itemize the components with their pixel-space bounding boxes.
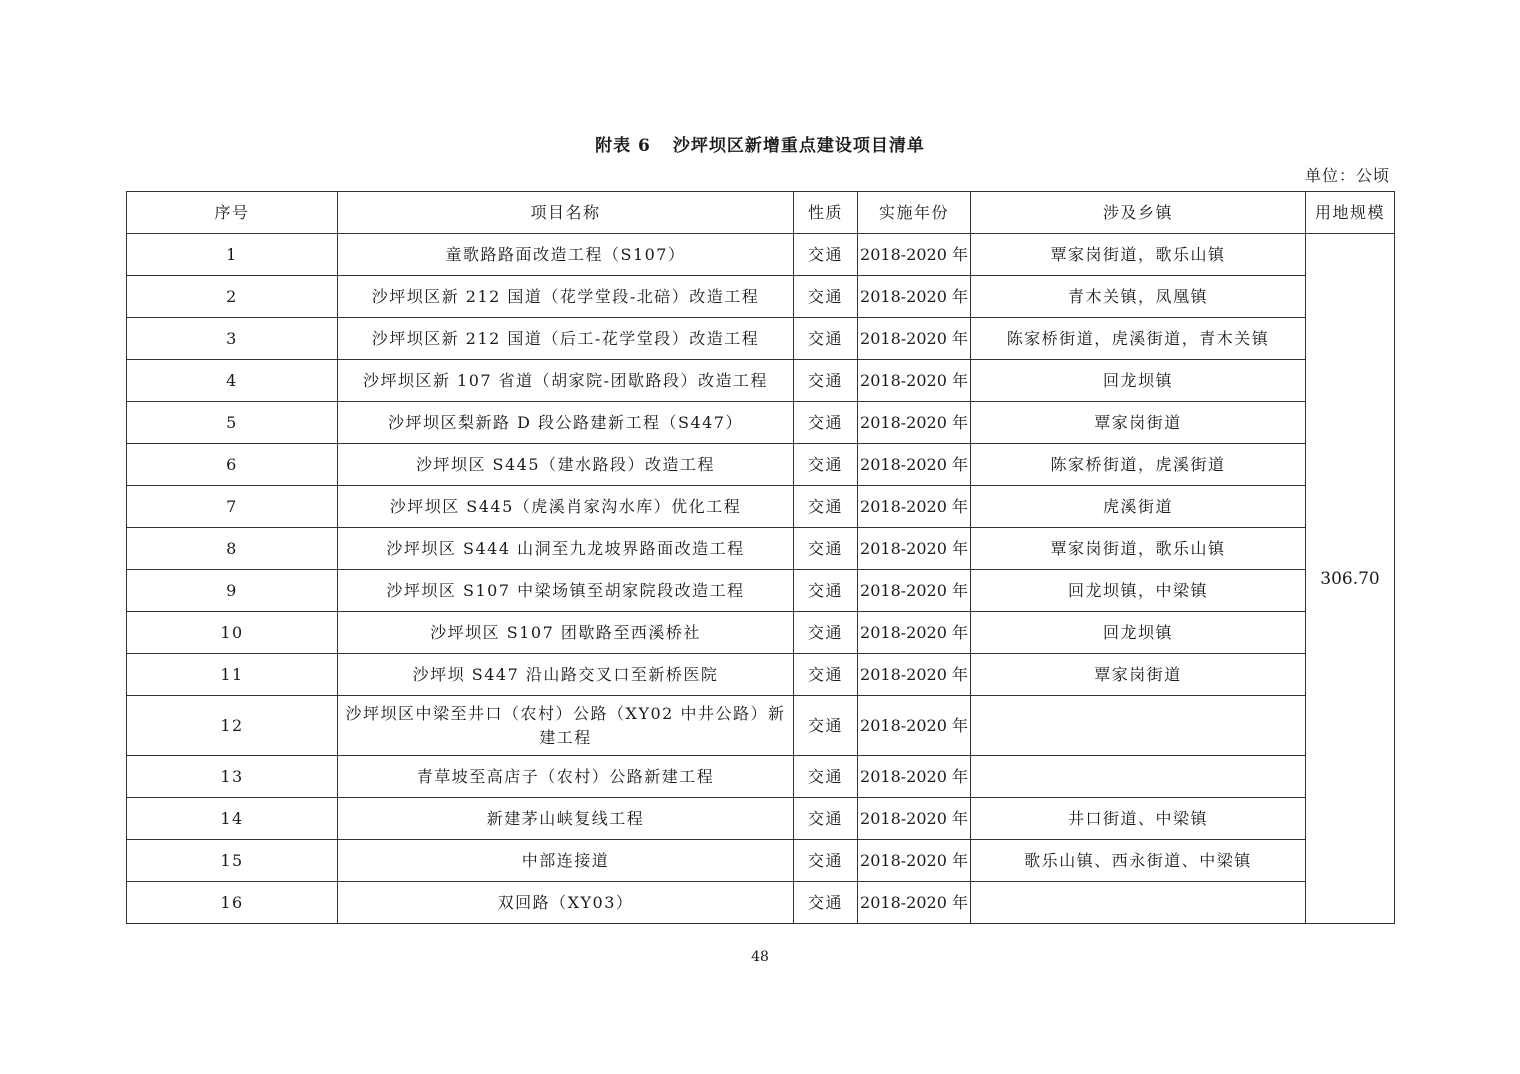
nature-cell: 交通 xyxy=(794,360,858,402)
nature-cell: 交通 xyxy=(794,654,858,696)
table-row: 5沙坪坝区梨新路 D 段公路建新工程（S447）交通2018-2020 年覃家岗… xyxy=(127,402,1395,444)
towns-cell: 回龙坝镇 xyxy=(971,612,1306,654)
seq-cell: 16 xyxy=(127,882,338,924)
towns-cell xyxy=(971,756,1306,798)
years-cell: 2018-2020 年 xyxy=(858,840,971,882)
table-row: 10沙坪坝区 S107 团歇路至西溪桥社交通2018-2020 年回龙坝镇 xyxy=(127,612,1395,654)
seq-cell: 1 xyxy=(127,234,338,276)
title-text: 沙坪坝区新增重点建设项目清单 xyxy=(673,136,925,156)
project-name-cell: 青草坡至高店子（农村）公路新建工程 xyxy=(338,756,794,798)
project-name-cell: 沙坪坝区 S107 中梁场镇至胡家院段改造工程 xyxy=(338,570,794,612)
towns-cell: 覃家岗街道 xyxy=(971,654,1306,696)
years-cell: 2018-2020 年 xyxy=(858,234,971,276)
nature-cell: 交通 xyxy=(794,402,858,444)
header-years: 实施年份 xyxy=(858,192,971,234)
years-cell: 2018-2020 年 xyxy=(858,654,971,696)
table-row: 13青草坡至高店子（农村）公路新建工程交通2018-2020 年 xyxy=(127,756,1395,798)
seq-cell: 13 xyxy=(127,756,338,798)
nature-cell: 交通 xyxy=(794,318,858,360)
towns-cell: 覃家岗街道，歌乐山镇 xyxy=(971,528,1306,570)
seq-cell: 14 xyxy=(127,798,338,840)
years-cell: 2018-2020 年 xyxy=(858,276,971,318)
years-cell: 2018-2020 年 xyxy=(858,882,971,924)
table-row: 9沙坪坝区 S107 中梁场镇至胡家院段改造工程交通2018-2020 年回龙坝… xyxy=(127,570,1395,612)
project-name-cell: 沙坪坝区新 107 省道（胡家院-团歇路段）改造工程 xyxy=(338,360,794,402)
towns-cell xyxy=(971,882,1306,924)
table-row: 11沙坪坝 S447 沿山路交叉口至新桥医院交通2018-2020 年覃家岗街道 xyxy=(127,654,1395,696)
seq-cell: 15 xyxy=(127,840,338,882)
header-towns: 涉及乡镇 xyxy=(971,192,1306,234)
project-name-cell: 中部连接道 xyxy=(338,840,794,882)
seq-cell: 12 xyxy=(127,696,338,756)
project-name-cell: 沙坪坝区中梁至井口（农村）公路（XY02 中井公路）新建工程 xyxy=(338,696,794,756)
nature-cell: 交通 xyxy=(794,528,858,570)
years-cell: 2018-2020 年 xyxy=(858,756,971,798)
header-nature: 性质 xyxy=(794,192,858,234)
project-name-cell: 沙坪坝区 S444 山洞至九龙坡界路面改造工程 xyxy=(338,528,794,570)
towns-cell: 陈家桥街道，虎溪街道，青木关镇 xyxy=(971,318,1306,360)
table-row: 1童歌路路面改造工程（S107）交通2018-2020 年覃家岗街道，歌乐山镇3… xyxy=(127,234,1395,276)
towns-cell: 覃家岗街道，歌乐山镇 xyxy=(971,234,1306,276)
years-cell: 2018-2020 年 xyxy=(858,612,971,654)
towns-cell: 回龙坝镇，中梁镇 xyxy=(971,570,1306,612)
header-seq: 序号 xyxy=(127,192,338,234)
table-row: 6沙坪坝区 S445（建水路段）改造工程交通2018-2020 年陈家桥街道，虎… xyxy=(127,444,1395,486)
towns-cell: 虎溪街道 xyxy=(971,486,1306,528)
project-name-cell: 沙坪坝 S447 沿山路交叉口至新桥医院 xyxy=(338,654,794,696)
unit-label: 单位：公顷 xyxy=(1305,163,1390,186)
seq-cell: 8 xyxy=(127,528,338,570)
page-title: 附表 6沙坪坝区新增重点建设项目清单 xyxy=(0,131,1520,156)
towns-cell xyxy=(971,696,1306,756)
title-prefix: 附表 6 xyxy=(595,136,651,156)
project-name-cell: 沙坪坝区 S445（建水路段）改造工程 xyxy=(338,444,794,486)
towns-cell: 青木关镇，凤凰镇 xyxy=(971,276,1306,318)
seq-cell: 4 xyxy=(127,360,338,402)
project-name-cell: 童歌路路面改造工程（S107） xyxy=(338,234,794,276)
table-row: 15中部连接道交通2018-2020 年歌乐山镇、西永街道、中梁镇 xyxy=(127,840,1395,882)
years-cell: 2018-2020 年 xyxy=(858,570,971,612)
towns-cell: 覃家岗街道 xyxy=(971,402,1306,444)
years-cell: 2018-2020 年 xyxy=(858,402,971,444)
nature-cell: 交通 xyxy=(794,486,858,528)
nature-cell: 交通 xyxy=(794,798,858,840)
towns-cell: 歌乐山镇、西永街道、中梁镇 xyxy=(971,840,1306,882)
project-name-cell: 沙坪坝区新 212 国道（花学堂段-北碚）改造工程 xyxy=(338,276,794,318)
project-name-cell: 新建茅山峡复线工程 xyxy=(338,798,794,840)
seq-cell: 11 xyxy=(127,654,338,696)
years-cell: 2018-2020 年 xyxy=(858,486,971,528)
years-cell: 2018-2020 年 xyxy=(858,360,971,402)
nature-cell: 交通 xyxy=(794,444,858,486)
land-scale-total-cell: 306.70 xyxy=(1306,234,1395,924)
years-cell: 2018-2020 年 xyxy=(858,798,971,840)
table-row: 14新建茅山峡复线工程交通2018-2020 年井口街道、中梁镇 xyxy=(127,798,1395,840)
table-row: 2沙坪坝区新 212 国道（花学堂段-北碚）改造工程交通2018-2020 年青… xyxy=(127,276,1395,318)
seq-cell: 5 xyxy=(127,402,338,444)
table-row: 16双回路（XY03）交通2018-2020 年 xyxy=(127,882,1395,924)
seq-cell: 3 xyxy=(127,318,338,360)
nature-cell: 交通 xyxy=(794,276,858,318)
page-number: 48 xyxy=(0,949,1520,965)
table-header-row: 序号 项目名称 性质 实施年份 涉及乡镇 用地规模 xyxy=(127,192,1395,234)
years-cell: 2018-2020 年 xyxy=(858,444,971,486)
table-row: 12沙坪坝区中梁至井口（农村）公路（XY02 中井公路）新建工程交通2018-2… xyxy=(127,696,1395,756)
seq-cell: 2 xyxy=(127,276,338,318)
header-scale: 用地规模 xyxy=(1306,192,1395,234)
towns-cell: 陈家桥街道，虎溪街道 xyxy=(971,444,1306,486)
project-name-cell: 双回路（XY03） xyxy=(338,882,794,924)
project-table: 序号 项目名称 性质 实施年份 涉及乡镇 用地规模 1童歌路路面改造工程（S10… xyxy=(126,191,1395,924)
nature-cell: 交通 xyxy=(794,234,858,276)
seq-cell: 6 xyxy=(127,444,338,486)
seq-cell: 7 xyxy=(127,486,338,528)
towns-cell: 回龙坝镇 xyxy=(971,360,1306,402)
nature-cell: 交通 xyxy=(794,612,858,654)
table-row: 4沙坪坝区新 107 省道（胡家院-团歇路段）改造工程交通2018-2020 年… xyxy=(127,360,1395,402)
towns-cell: 井口街道、中梁镇 xyxy=(971,798,1306,840)
nature-cell: 交通 xyxy=(794,570,858,612)
years-cell: 2018-2020 年 xyxy=(858,528,971,570)
nature-cell: 交通 xyxy=(794,696,858,756)
project-name-cell: 沙坪坝区 S445（虎溪肖家沟水库）优化工程 xyxy=(338,486,794,528)
table-body: 1童歌路路面改造工程（S107）交通2018-2020 年覃家岗街道，歌乐山镇3… xyxy=(127,234,1395,924)
nature-cell: 交通 xyxy=(794,756,858,798)
table-row: 7沙坪坝区 S445（虎溪肖家沟水库）优化工程交通2018-2020 年虎溪街道 xyxy=(127,486,1395,528)
table-row: 8沙坪坝区 S444 山洞至九龙坡界路面改造工程交通2018-2020 年覃家岗… xyxy=(127,528,1395,570)
project-name-cell: 沙坪坝区梨新路 D 段公路建新工程（S447） xyxy=(338,402,794,444)
header-name: 项目名称 xyxy=(338,192,794,234)
table-row: 3沙坪坝区新 212 国道（后工-花学堂段）改造工程交通2018-2020 年陈… xyxy=(127,318,1395,360)
seq-cell: 9 xyxy=(127,570,338,612)
project-name-cell: 沙坪坝区新 212 国道（后工-花学堂段）改造工程 xyxy=(338,318,794,360)
seq-cell: 10 xyxy=(127,612,338,654)
years-cell: 2018-2020 年 xyxy=(858,696,971,756)
years-cell: 2018-2020 年 xyxy=(858,318,971,360)
nature-cell: 交通 xyxy=(794,882,858,924)
nature-cell: 交通 xyxy=(794,840,858,882)
project-name-cell: 沙坪坝区 S107 团歇路至西溪桥社 xyxy=(338,612,794,654)
